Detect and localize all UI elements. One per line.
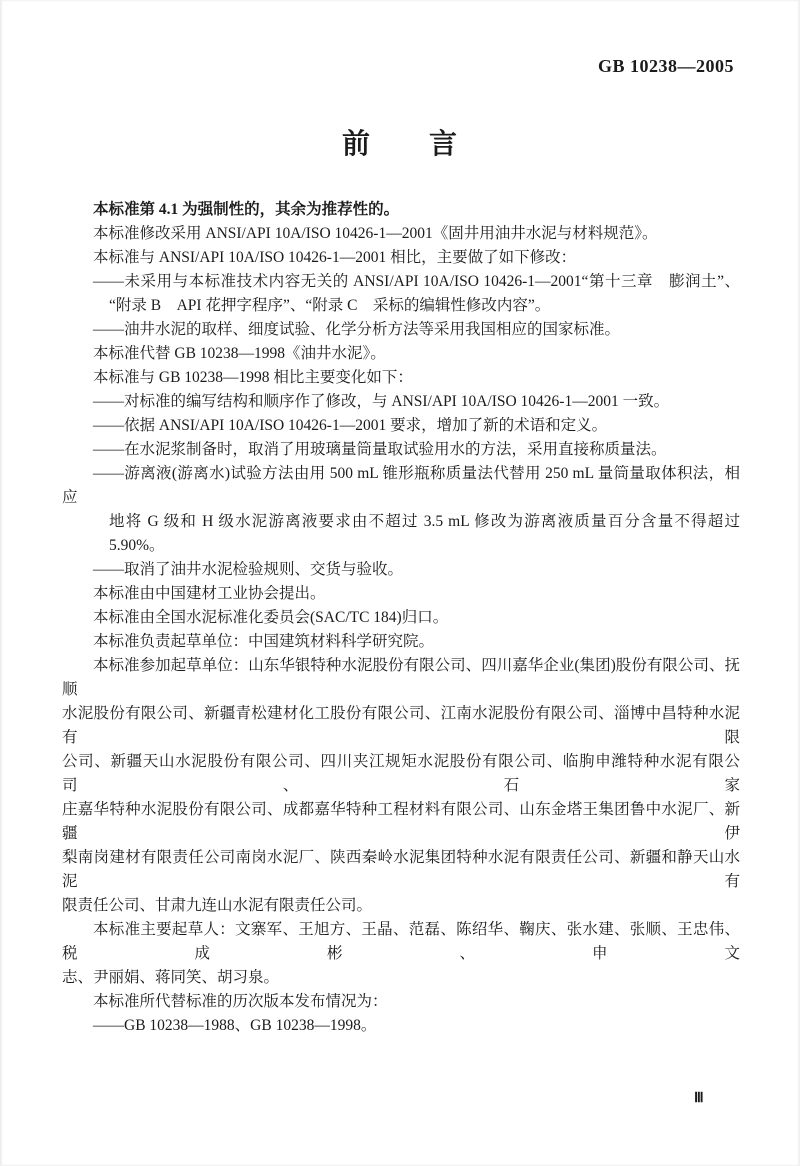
scan-edge-top [0, 0, 800, 2]
text-line: 本标准主要起草人：文寨军、王旭方、王晶、范磊、陈绍华、鞠庆、张水建、张顺、王忠伟… [62, 918, 740, 966]
text-line: 本标准第 4.1 为强制性的，其余为推荐性的。 [62, 198, 740, 222]
text-line: ——游离液(游离水)试验方法由用 500 mL 锥形瓶称质量法代替用 250 m… [62, 462, 740, 510]
text-line: ——油井水泥的取样、细度试验、化学分析方法等采用我国相应的国家标准。 [62, 318, 740, 342]
text-line: 本标准代替 GB 10238—1998《油井水泥》。 [62, 342, 740, 366]
text-line: 志、尹丽娟、蒋同笑、胡习泉。 [62, 966, 740, 990]
text-line: 地将 G 级和 H 级水泥游离液要求由不超过 3.5 mL 修改为游离液质量百分… [62, 510, 740, 534]
document-page: GB 10238—2005 前 言 本标准第 4.1 为强制性的，其余为推荐性的… [0, 0, 800, 1166]
text-line: ——未采用与本标准技术内容无关的 ANSI/API 10A/ISO 10426-… [62, 270, 740, 294]
text-line: 本标准与 ANSI/API 10A/ISO 10426-1—2001 相比，主要… [62, 246, 740, 270]
foreword-body: 本标准第 4.1 为强制性的，其余为推荐性的。本标准修改采用 ANSI/API … [62, 198, 740, 1038]
text-line: 公司、新疆天山水泥股份有限公司、四川夹江规矩水泥股份有限公司、临朐申潍特种水泥有… [62, 750, 740, 798]
standard-number: GB 10238—2005 [598, 56, 734, 77]
text-line: 本标准与 GB 10238—1998 相比主要变化如下： [62, 366, 740, 390]
text-line: “附录 B API 花押字程序”、“附录 C 采标的编辑性修改内容”。 [62, 294, 740, 318]
foreword-title: 前 言 [0, 122, 800, 162]
text-line: 5.90%。 [62, 534, 740, 558]
text-line: 梨南岗建材有限责任公司南岗水泥厂、陕西秦岭水泥集团特种水泥有限责任公司、新疆和静… [62, 846, 740, 894]
text-line: 本标准修改采用 ANSI/API 10A/ISO 10426-1—2001《固井… [62, 222, 740, 246]
text-line: 水泥股份有限公司、新疆青松建材化工股份有限公司、江南水泥股份有限公司、淄博中昌特… [62, 702, 740, 750]
text-line: 庄嘉华特种水泥股份有限公司、成都嘉华特种工程材料有限公司、山东金塔王集团鲁中水泥… [62, 798, 740, 846]
text-line: 本标准由全国水泥标准化委员会(SAC/TC 184)归口。 [62, 606, 740, 630]
text-line: 本标准负责起草单位：中国建筑材料科学研究院。 [62, 630, 740, 654]
text-line: 限责任公司、甘肃九连山水泥有限责任公司。 [62, 894, 740, 918]
text-line: 本标准所代替标准的历次版本发布情况为： [62, 990, 740, 1014]
text-line: ——GB 10238—1988、GB 10238—1998。 [62, 1014, 740, 1038]
page-number: Ⅲ [694, 1090, 704, 1107]
scan-edge-left [0, 0, 3, 1166]
text-line: ——对标准的编写结构和顺序作了修改，与 ANSI/API 10A/ISO 104… [62, 390, 740, 414]
text-line: ——取消了油井水泥检验规则、交货与验收。 [62, 558, 740, 582]
text-line: 本标准由中国建材工业协会提出。 [62, 582, 740, 606]
text-line: ——依据 ANSI/API 10A/ISO 10426-1—2001 要求，增加… [62, 414, 740, 438]
text-line: ——在水泥浆制备时，取消了用玻璃量筒量取试验用水的方法，采用直接称质量法。 [62, 438, 740, 462]
text-line: 本标准参加起草单位：山东华银特种水泥股份有限公司、四川嘉华企业(集团)股份有限公… [62, 654, 740, 702]
